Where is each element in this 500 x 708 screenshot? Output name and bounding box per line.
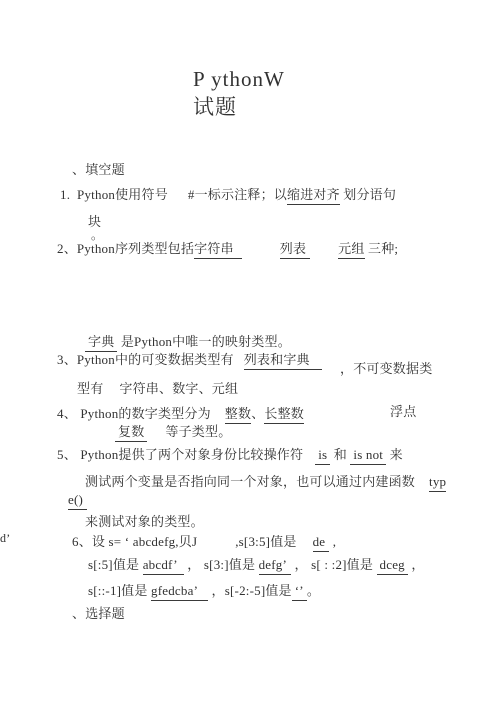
q1-comment-part: #一标示注释；以: [188, 187, 287, 202]
q1-period-text: 。: [91, 228, 103, 242]
question-4-line-2: 复数等子类型。: [115, 424, 231, 442]
question-4-line-1: 4、 Python的数字类型分为整数、长整数: [57, 406, 304, 424]
dict-answer-line: 字典 是Python中唯一的映射类型。: [85, 334, 291, 352]
q2-blank-string: 字符串: [194, 241, 242, 259]
q6-blank-abcdf: abcdf’: [143, 557, 184, 575]
margin-note-text: d’: [0, 531, 10, 545]
spacer: [310, 252, 338, 253]
q1-tail: 划分语句: [340, 187, 396, 202]
q1-blank-indent-align: 缩进对齐: [287, 187, 340, 205]
q5-line3-text: 来测试对象的类型。: [85, 514, 204, 529]
q4-sep: 、: [251, 406, 264, 421]
spacer: [297, 545, 313, 546]
q5-blank-typ-wrap: e(): [68, 492, 87, 510]
question-5-line-2-wrap: e(): [68, 492, 87, 510]
q2-blank-tuple: 元组: [338, 241, 364, 259]
question-4-float-note: 浮点: [390, 404, 416, 420]
title-text-1: P ythonW: [193, 67, 285, 91]
q5-stem: 5、 Python提供了两个对象身份比较操作符: [57, 447, 303, 462]
spacer: [197, 545, 235, 546]
spacer: [242, 252, 280, 253]
q4-blank-int: 整数: [225, 406, 251, 424]
doc-title-line1: P ythonW: [193, 66, 285, 93]
question-5-line-3: 来测试对象的类型。: [85, 514, 204, 530]
spacer: [168, 198, 188, 199]
q6-l2a: s[:5]值是: [88, 557, 143, 572]
dict-blank: 字典: [85, 334, 117, 352]
title-text-2: 试题: [193, 95, 237, 119]
q3-cont-values: 字符串、数字、元组: [119, 381, 238, 396]
question-5-line-2: 测试两个变量是否指向同一个对象，也可以通过内建函数typ: [85, 474, 446, 492]
q6-blank-gfedcba: gfedcba’: [151, 583, 208, 601]
q4-stem: 4、 Python的数字类型分为: [57, 406, 211, 421]
scanned-exam-page: P ythonW 试题 、填空题 1. Python使用符号#一标示注释；以缩进…: [0, 0, 500, 708]
doc-title-line2: 试题: [193, 94, 237, 121]
question-3-side-note: ，不可变数据类: [340, 361, 432, 377]
question-6-line-3: s[::-1]值是 gfedcba’ ，s[-2:-5]值是‘’。: [88, 583, 320, 601]
q5-blank-is: is: [315, 447, 330, 465]
choice-header-text: 、选择题: [72, 606, 125, 621]
q2-tail: 三种;: [365, 241, 399, 256]
q6-mid: ,s[3:5]值是: [235, 534, 296, 549]
fill-in-section-header: 、填空题: [72, 162, 125, 178]
q3-stem: 3、Python中的可变数据类型有: [57, 352, 234, 367]
q3-side-note-text: ，不可变数据类: [340, 361, 432, 376]
q5-line2-text: 测试两个变量是否指向同一个对象，也可以通过内建函数: [85, 474, 415, 489]
choice-section-header: 、选择题: [72, 606, 125, 622]
q6-stem: 6、设 s= ‘ abcdefg,贝J: [72, 534, 197, 549]
q5-blank-typ: typ: [429, 474, 446, 492]
section-header-text: 、填空题: [72, 162, 125, 177]
question-3-line-1: 3、Python中的可变数据类型有列表和字典: [57, 352, 322, 370]
q6-l3c: 。: [307, 583, 320, 598]
q2-stem: 2、Python序列类型包括: [57, 241, 194, 256]
spacer: [147, 435, 165, 436]
q3-blank-mutable: 列表和字典: [244, 352, 322, 370]
spacer: [415, 485, 429, 486]
q6-l3a: s[::-1]值是: [88, 583, 151, 598]
spacer: [303, 458, 315, 459]
q6-l2b: ， s[3:]值是: [184, 557, 259, 572]
q5-and: 和: [330, 447, 350, 462]
q6-comma1: ,: [329, 534, 336, 549]
spacer: [234, 363, 244, 364]
margin-note: d’: [0, 531, 10, 546]
q3-cont-label: 型有: [77, 381, 103, 396]
q6-blank-defg: defg’: [259, 557, 291, 575]
question-3-line-2: 型有字符串、数字、元组: [77, 381, 238, 397]
q6-l2c: ， s[ : :2]值是: [291, 557, 377, 572]
q4-blank-complex: 复数: [115, 424, 147, 442]
q6-l3b: ，s[-2:-5]值是: [208, 583, 292, 598]
question-6-line-2: s[:5]值是 abcdf’ ， s[3:]值是 defg’ ， s[ : :2…: [88, 557, 425, 575]
q6-l2d: ，: [408, 557, 425, 572]
question-2-line: 2、Python序列类型包括字符串列表元组 三种;: [57, 241, 398, 259]
q6-blank-de: de: [313, 534, 330, 552]
question-1-line-1: 1. Python使用符号#一标示注释；以缩进对齐 划分语句: [60, 187, 396, 205]
q6-blank-empty: ‘’: [292, 583, 307, 601]
spacer: [211, 417, 225, 418]
q6-blank-dceg: dceg: [377, 557, 408, 575]
q4-tail: 等子类型。: [165, 424, 231, 439]
q1-stem: 1. Python使用符号: [60, 187, 168, 202]
dict-text: 是Python中唯一的映射类型。: [117, 334, 291, 349]
q1-cont: 块: [88, 214, 101, 229]
q4-float-text: 浮点: [390, 404, 416, 419]
question-6-line-1: 6、设 s= ‘ abcdefg,贝J,s[3:5]值是de ,: [72, 534, 336, 552]
q2-blank-list: 列表: [280, 241, 310, 259]
q4-blank-long: 长整数: [264, 406, 304, 424]
spacer: [103, 392, 119, 393]
q5-tail: 来: [386, 447, 403, 462]
question-5-line-1: 5、 Python提供了两个对象身份比较操作符is 和 is not 来: [57, 447, 403, 465]
q5-blank-is-not: is not: [350, 447, 386, 465]
